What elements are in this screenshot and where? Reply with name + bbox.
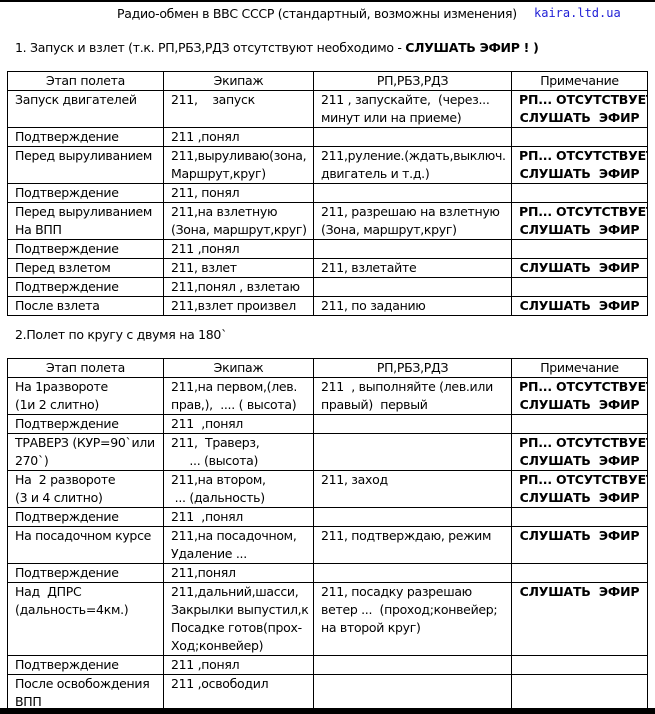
stage-cell-line: На ВПП bbox=[15, 221, 156, 239]
crew-cell-line: 211,на посадочном, bbox=[171, 527, 306, 545]
atc-cell bbox=[314, 415, 512, 434]
section-2-title: 2.Полет по кругу с двумя на 180` bbox=[15, 327, 227, 342]
crew-cell-line: 211,на первом,(лев. bbox=[171, 378, 306, 396]
stage-cell-line: После взлета bbox=[15, 297, 156, 315]
crew-cell-line: 211 ,понял bbox=[171, 128, 306, 146]
crew-cell-line: 211 ,понял bbox=[171, 508, 306, 526]
atc-cell: 211 , запускайте, (через...минут или на … bbox=[314, 91, 512, 128]
table-row: Перед выруливаниемНа ВПП211,на взлетную(… bbox=[8, 203, 648, 240]
atc-cell: 211,руление.(ждать,выключ.двигатель и т.… bbox=[314, 147, 512, 184]
crew-cell-line: Удаление ... bbox=[171, 545, 306, 563]
atc-cell-line: 211, разрешаю на взлетную bbox=[321, 203, 504, 221]
note-cell bbox=[512, 415, 648, 434]
column-header-note: Примечание bbox=[512, 359, 648, 378]
note-cell: РП... ОТСУТСТВУЕТ-СЛУШАТЬ ЭФИР bbox=[512, 471, 648, 508]
bottom-border bbox=[0, 708, 655, 714]
stage-cell-line: На 2 развороте bbox=[15, 471, 156, 489]
stage-cell-line: Подтверждение bbox=[15, 564, 156, 582]
stage-cell-line: На посадочном курсе bbox=[15, 527, 156, 545]
note-cell: РП... ОТСУТСТВУЕТ-СЛУШАТЬ ЭФИР bbox=[512, 378, 648, 415]
takeoff-table: Этап полета Экипаж РП,РБЗ,РДЗ Примечание… bbox=[7, 71, 648, 316]
crew-cell: 211, понял bbox=[164, 184, 314, 203]
stage-cell-line: Перед выруливанием bbox=[15, 147, 156, 165]
atc-cell bbox=[314, 508, 512, 527]
crew-cell-line: 211, запуск bbox=[171, 91, 306, 109]
table-row: Запуск двигателей211, запуск211 , запуск… bbox=[8, 91, 648, 128]
atc-cell-line: 211, посадку разрешаю bbox=[321, 583, 504, 601]
atc-cell bbox=[314, 184, 512, 203]
table-row: Подтверждение211, понял bbox=[8, 184, 648, 203]
crew-cell: 211 ,понял bbox=[164, 656, 314, 675]
stage-cell: Подтверждение bbox=[8, 278, 164, 297]
crew-cell-line: 211,понял bbox=[171, 564, 306, 582]
crew-cell-line: 211, понял bbox=[171, 184, 306, 202]
table-row: После взлета211,взлет произвел211, по за… bbox=[8, 297, 648, 316]
note-cell: СЛУШАТЬ ЭФИР bbox=[512, 583, 648, 656]
atc-cell bbox=[314, 675, 512, 712]
atc-cell bbox=[314, 656, 512, 675]
note-cell: РП... ОТСУТСТВУЕТ-СЛУШАТЬ ЭФИР bbox=[512, 434, 648, 471]
table-row: Подтверждение211 ,понял bbox=[8, 128, 648, 147]
table-row: Подтверждение211,понял , взлетаю bbox=[8, 278, 648, 297]
atc-cell: 211, посадку разрешаюветер ... (проход;к… bbox=[314, 583, 512, 656]
table-row: Перед взлетом211, взлет211, взлетайтеСЛУ… bbox=[8, 259, 648, 278]
note-cell bbox=[512, 656, 648, 675]
note-cell: СЛУШАТЬ ЭФИР bbox=[512, 297, 648, 316]
table-row: На посадочном курсе211,на посадочном,Уда… bbox=[8, 527, 648, 564]
crew-cell-line: Ход;конвейер) bbox=[171, 637, 306, 655]
atc-cell bbox=[314, 128, 512, 147]
atc-cell: 211 , выполняйте (лев.илиправый) первый bbox=[314, 378, 512, 415]
stage-cell-line: После освобождения bbox=[15, 675, 156, 693]
note-cell-line: СЛУШАТЬ ЭФИР bbox=[519, 165, 640, 183]
section-1-title: 1. Запуск и взлет (т.к. РП,РБЗ,РДЗ отсут… bbox=[15, 40, 539, 55]
crew-cell: 211 ,понял bbox=[164, 128, 314, 147]
crew-cell: 211 ,понял bbox=[164, 508, 314, 527]
stage-cell: Перед взлетом bbox=[8, 259, 164, 278]
table-row: Перед выруливанием211,выруливаю(зона,Мар… bbox=[8, 147, 648, 184]
stage-cell-line: На 1развороте bbox=[15, 378, 156, 396]
stage-cell: Подтверждение bbox=[8, 240, 164, 259]
crew-cell: 211 ,освободил bbox=[164, 675, 314, 712]
stage-cell-line: (дальность=4км.) bbox=[15, 601, 156, 619]
note-cell-line: СЛУШАТЬ ЭФИР bbox=[519, 109, 640, 127]
atc-cell bbox=[314, 240, 512, 259]
stage-cell-line: Над ДПРС bbox=[15, 583, 156, 601]
crew-cell: 211 ,понял bbox=[164, 415, 314, 434]
top-border bbox=[0, 0, 655, 2]
crew-cell-line: 211,на взлетную bbox=[171, 203, 306, 221]
note-cell: СЛУШАТЬ ЭФИР bbox=[512, 527, 648, 564]
crew-cell-line: ... (дальность) bbox=[171, 489, 306, 507]
table-row: Подтверждение211 ,понял bbox=[8, 240, 648, 259]
document-title: Радио-обмен в ВВС СССР (стандартный, воз… bbox=[117, 6, 517, 21]
crew-cell: 211,на первом,(лев.прав,), .... ( высота… bbox=[164, 378, 314, 415]
atc-cell-line: минут или на приеме) bbox=[321, 109, 504, 127]
crew-cell-line: 211,понял , взлетаю bbox=[171, 278, 306, 296]
crew-cell: 211, запуск bbox=[164, 91, 314, 128]
stage-cell: Перед выруливанием bbox=[8, 147, 164, 184]
table-row: Над ДПРС(дальность=4км.)211,дальний,шасс… bbox=[8, 583, 648, 656]
note-cell-line: СЛУШАТЬ ЭФИР bbox=[519, 297, 640, 315]
atc-cell-line: 211,руление.(ждать,выключ. bbox=[321, 147, 504, 165]
atc-cell-line: ветер ... (проход;конвейер; bbox=[321, 601, 504, 619]
atc-cell bbox=[314, 564, 512, 583]
column-header-stage: Этап полета bbox=[8, 72, 164, 91]
note-cell-line: СЛУШАТЬ ЭФИР bbox=[519, 583, 640, 601]
table-row: На 1развороте(1и 2 слитно)211,на первом,… bbox=[8, 378, 648, 415]
note-cell-line: СЛУШАТЬ ЭФИР bbox=[519, 489, 640, 507]
crew-cell-line: 211 ,освободил bbox=[171, 675, 306, 693]
crew-cell: 211, взлет bbox=[164, 259, 314, 278]
stage-cell: Подтверждение bbox=[8, 184, 164, 203]
stage-cell-line: Подтверждение bbox=[15, 278, 156, 296]
stage-cell: Подтверждение bbox=[8, 656, 164, 675]
stage-cell: Подтверждение bbox=[8, 128, 164, 147]
note-cell-line: СЛУШАТЬ ЭФИР bbox=[519, 452, 640, 470]
note-cell-line: СЛУШАТЬ ЭФИР bbox=[519, 221, 640, 239]
atc-cell-line: 211, по заданию bbox=[321, 297, 504, 315]
atc-cell-line: 211 , запускайте, (через... bbox=[321, 91, 504, 109]
atc-cell-line: 211, заход bbox=[321, 471, 504, 489]
circuit-table-body: На 1развороте(1и 2 слитно)211,на первом,… bbox=[8, 378, 648, 712]
atc-cell: 211, разрешаю на взлетную(Зона, маршрут,… bbox=[314, 203, 512, 240]
crew-cell-line: 211,на втором, bbox=[171, 471, 306, 489]
note-cell: РП... ОТСУТСТВУЕТ-СЛУШАТЬ ЭФИР bbox=[512, 91, 648, 128]
stage-cell: Запуск двигателей bbox=[8, 91, 164, 128]
crew-cell: 211,на втором, ... (дальность) bbox=[164, 471, 314, 508]
note-cell: СЛУШАТЬ ЭФИР bbox=[512, 259, 648, 278]
crew-cell: 211,понял , взлетаю bbox=[164, 278, 314, 297]
stage-cell-line: ТРАВЕРЗ (КУР=90`или bbox=[15, 434, 156, 452]
crew-cell-line: 211,взлет произвел bbox=[171, 297, 306, 315]
atc-cell-line: 211, взлетайте bbox=[321, 259, 504, 277]
table-row: Подтверждение211 ,понял bbox=[8, 508, 648, 527]
crew-cell-line: 211 ,понял bbox=[171, 240, 306, 258]
atc-cell-line: двигатель и т.д.) bbox=[321, 165, 504, 183]
crew-cell: 211,на посадочном,Удаление ... bbox=[164, 527, 314, 564]
crew-cell-line: прав,), .... ( высота) bbox=[171, 396, 306, 414]
stage-cell: На 1развороте(1и 2 слитно) bbox=[8, 378, 164, 415]
note-cell-line: СЛУШАТЬ ЭФИР bbox=[519, 396, 640, 414]
crew-cell-line: Закрылки выпустил,к bbox=[171, 601, 306, 619]
stage-cell: ТРАВЕРЗ (КУР=90`или270`) bbox=[8, 434, 164, 471]
crew-cell-line: ... (высота) bbox=[171, 452, 306, 470]
section-1-title-emphasis: СЛУШАТЬ ЭФИР ! ) bbox=[405, 40, 538, 55]
circuit-table: Этап полета Экипаж РП,РБЗ,РДЗ Примечание… bbox=[7, 358, 648, 712]
crew-cell: 211,дальний,шасси,Закрылки выпустил,кПос… bbox=[164, 583, 314, 656]
stage-cell: Подтверждение bbox=[8, 415, 164, 434]
crew-cell: 211, Траверз, ... (высота) bbox=[164, 434, 314, 471]
note-cell-line: РП... ОТСУТСТВУЕТ- bbox=[519, 203, 640, 221]
column-header-atc: РП,РБЗ,РДЗ bbox=[314, 72, 512, 91]
atc-cell-line: 211, подтверждаю, режим bbox=[321, 527, 504, 545]
stage-cell: После взлета bbox=[8, 297, 164, 316]
crew-cell-line: 211 ,понял bbox=[171, 656, 306, 674]
note-cell-line: РП... ОТСУТСТВУЕТ- bbox=[519, 91, 640, 109]
atc-cell bbox=[314, 434, 512, 471]
crew-cell-line: 211,дальний,шасси, bbox=[171, 583, 306, 601]
column-header-stage: Этап полета bbox=[8, 359, 164, 378]
takeoff-table-body: Запуск двигателей211, запуск211 , запуск… bbox=[8, 91, 648, 316]
stage-cell: Подтверждение bbox=[8, 508, 164, 527]
crew-cell-line: 211,выруливаю(зона, bbox=[171, 147, 306, 165]
stage-cell-line: Запуск двигателей bbox=[15, 91, 156, 109]
stage-cell-line: Подтверждение bbox=[15, 128, 156, 146]
note-cell-line: РП... ОТСУТСТВУЕТ- bbox=[519, 378, 640, 396]
table-row: На 2 развороте(3 и 4 слитно)211,на второ… bbox=[8, 471, 648, 508]
crew-cell-line: 211, взлет bbox=[171, 259, 306, 277]
site-link[interactable]: kaira.ltd.ua bbox=[534, 6, 621, 20]
note-cell bbox=[512, 240, 648, 259]
stage-cell: Перед выруливаниемНа ВПП bbox=[8, 203, 164, 240]
column-header-crew: Экипаж bbox=[164, 359, 314, 378]
note-cell bbox=[512, 564, 648, 583]
note-cell-line: СЛУШАТЬ ЭФИР bbox=[519, 259, 640, 277]
stage-cell-line: Перед выруливанием bbox=[15, 203, 156, 221]
stage-cell-line: Подтверждение bbox=[15, 508, 156, 526]
stage-cell-line: Подтверждение bbox=[15, 184, 156, 202]
section-1-title-text: 1. Запуск и взлет (т.к. РП,РБЗ,РДЗ отсут… bbox=[15, 40, 405, 55]
atc-cell-line: (Зона, маршрут,круг) bbox=[321, 221, 504, 239]
column-header-crew: Экипаж bbox=[164, 72, 314, 91]
table-row: Подтверждение211 ,понял bbox=[8, 656, 648, 675]
atc-cell: 211, подтверждаю, режим bbox=[314, 527, 512, 564]
stage-cell: После освобожденияВПП bbox=[8, 675, 164, 712]
stage-cell-line: Подтверждение bbox=[15, 240, 156, 258]
stage-cell-line: Подтверждение bbox=[15, 656, 156, 674]
crew-cell-line: 211, Траверз, bbox=[171, 434, 306, 452]
stage-cell-line: (1и 2 слитно) bbox=[15, 396, 156, 414]
stage-cell-line: 270`) bbox=[15, 452, 156, 470]
crew-cell-line: 211 ,понял bbox=[171, 415, 306, 433]
table-row: ТРАВЕРЗ (КУР=90`или270`)211, Траверз, ..… bbox=[8, 434, 648, 471]
stage-cell: На посадочном курсе bbox=[8, 527, 164, 564]
table-row: Подтверждение211 ,понял bbox=[8, 415, 648, 434]
note-cell bbox=[512, 128, 648, 147]
stage-cell-line: (3 и 4 слитно) bbox=[15, 489, 156, 507]
note-cell bbox=[512, 278, 648, 297]
atc-cell bbox=[314, 278, 512, 297]
table-row: Подтверждение211,понял bbox=[8, 564, 648, 583]
stage-cell: Над ДПРС(дальность=4км.) bbox=[8, 583, 164, 656]
crew-cell: 211,взлет произвел bbox=[164, 297, 314, 316]
column-header-atc: РП,РБЗ,РДЗ bbox=[314, 359, 512, 378]
crew-cell: 211 ,понял bbox=[164, 240, 314, 259]
crew-cell: 211,выруливаю(зона,Маршрут,круг) bbox=[164, 147, 314, 184]
note-cell-line: РП... ОТСУТСТВУЕТ- bbox=[519, 471, 640, 489]
note-cell-line: РП... ОТСУТСТВУЕТ- bbox=[519, 147, 640, 165]
atc-cell: 211, заход bbox=[314, 471, 512, 508]
note-cell bbox=[512, 508, 648, 527]
note-cell: РП... ОТСУТСТВУЕТ-СЛУШАТЬ ЭФИР bbox=[512, 147, 648, 184]
column-header-note: Примечание bbox=[512, 72, 648, 91]
stage-cell: Подтверждение bbox=[8, 564, 164, 583]
crew-cell: 211,понял bbox=[164, 564, 314, 583]
table-header-row: Этап полета Экипаж РП,РБЗ,РДЗ Примечание bbox=[8, 359, 648, 378]
note-cell bbox=[512, 675, 648, 712]
stage-cell-line: Подтверждение bbox=[15, 415, 156, 433]
atc-cell-line: 211 , выполняйте (лев.или bbox=[321, 378, 504, 396]
atc-cell: 211, по заданию bbox=[314, 297, 512, 316]
atc-cell-line: правый) первый bbox=[321, 396, 504, 414]
table-header-row: Этап полета Экипаж РП,РБЗ,РДЗ Примечание bbox=[8, 72, 648, 91]
note-cell-line: РП... ОТСУТСТВУЕТ- bbox=[519, 434, 640, 452]
stage-cell: На 2 развороте(3 и 4 слитно) bbox=[8, 471, 164, 508]
note-cell bbox=[512, 184, 648, 203]
crew-cell: 211,на взлетную(Зона, маршрут,круг) bbox=[164, 203, 314, 240]
crew-cell-line: (Зона, маршрут,круг) bbox=[171, 221, 306, 239]
atc-cell-line: на второй круг) bbox=[321, 619, 504, 637]
stage-cell-line: Перед взлетом bbox=[15, 259, 156, 277]
crew-cell-line: Посадке готов(прох- bbox=[171, 619, 306, 637]
atc-cell: 211, взлетайте bbox=[314, 259, 512, 278]
table-row: После освобожденияВПП211 ,освободил bbox=[8, 675, 648, 712]
note-cell: РП... ОТСУТСТВУЕТ-СЛУШАТЬ ЭФИР bbox=[512, 203, 648, 240]
note-cell-line: СЛУШАТЬ ЭФИР bbox=[519, 527, 640, 545]
crew-cell-line: Маршрут,круг) bbox=[171, 165, 306, 183]
